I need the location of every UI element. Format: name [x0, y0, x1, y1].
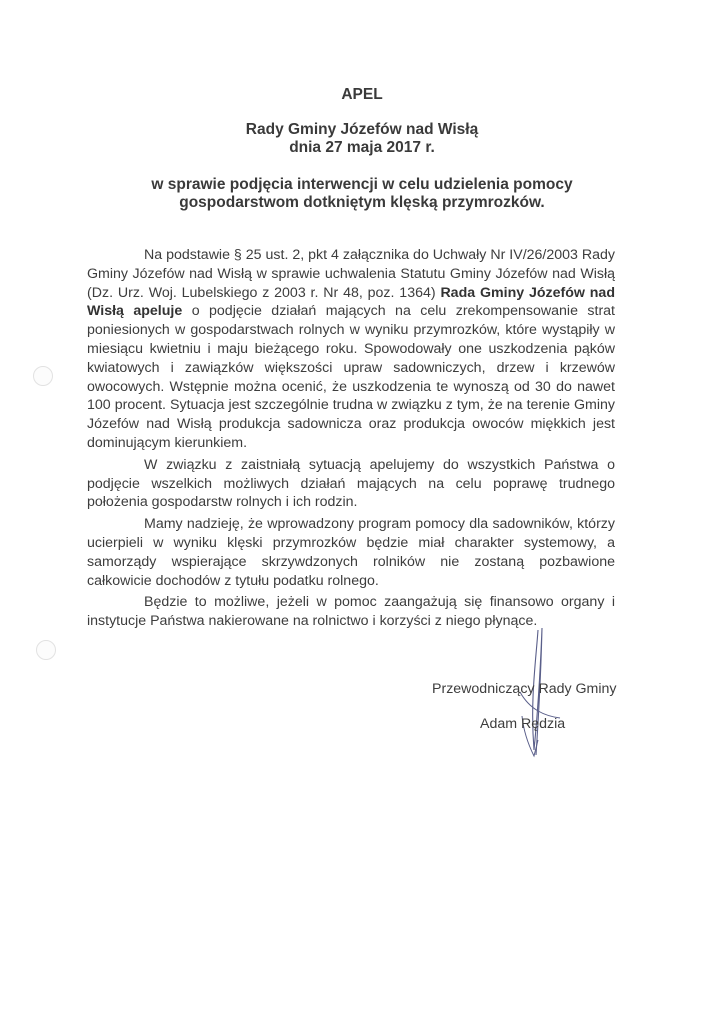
signatory-role: Przewodniczący Rady Gminy	[432, 681, 617, 697]
document-issuer: Rady Gminy Józefów nad Wisłą	[0, 121, 724, 139]
punch-hole-mark	[33, 366, 53, 386]
document-subject-line-1: w sprawie podjęcia interwencji w celu ud…	[0, 176, 724, 194]
punch-hole-mark	[36, 640, 56, 660]
paragraph-1: Na podstawie § 25 ust. 2, pkt 4 załączni…	[87, 246, 615, 453]
paragraph-3: Mamy nadzieję, że wprowadzony program po…	[87, 515, 615, 590]
document-date: dnia 27 maja 2017 r.	[0, 139, 724, 157]
document-body: Na podstawie § 25 ust. 2, pkt 4 załączni…	[87, 246, 615, 634]
document-page: APEL Rady Gminy Józefów nad Wisłą dnia 2…	[0, 0, 724, 1024]
document-subject-line-2: gospodarstwom dotkniętym klęską przymroz…	[0, 194, 724, 212]
signatory-name: Adam Rędzia	[480, 716, 565, 732]
paragraph-2: W związku z zaistniałą sytuacją apelujem…	[87, 456, 615, 512]
document-title: APEL	[0, 86, 724, 104]
